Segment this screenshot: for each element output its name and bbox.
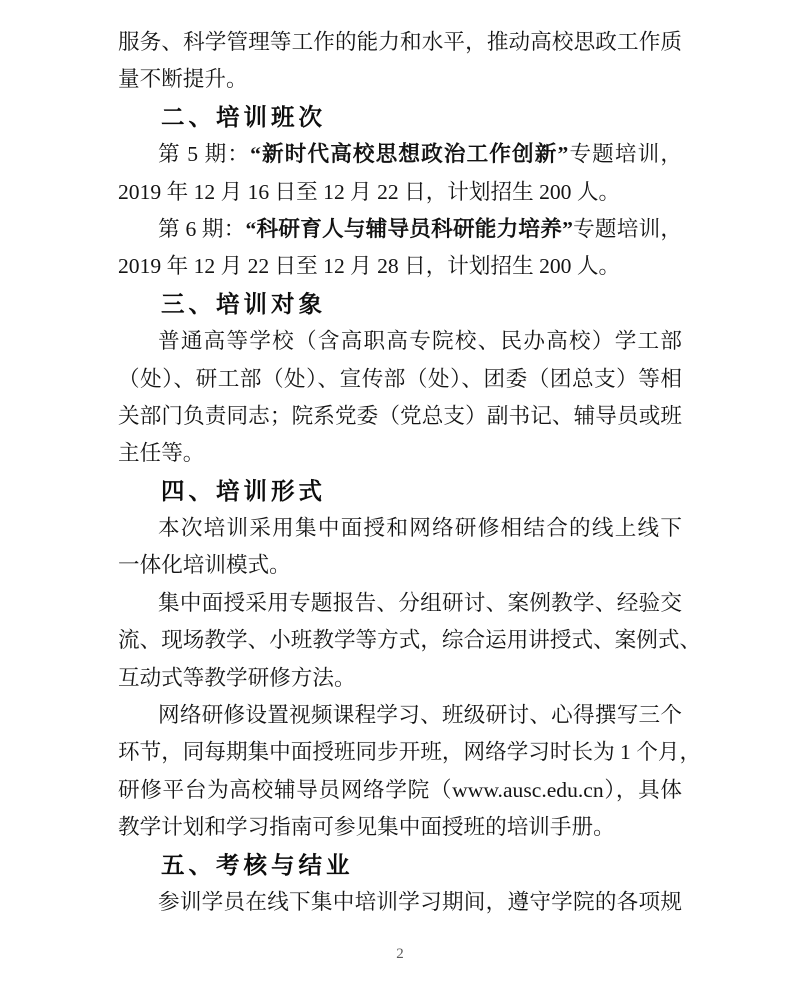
document-body: 服务、科学管理等工作的能力和水平，推动高校思政工作质量不断提升。二、培训班次第 … — [118, 24, 682, 921]
text-run: 量不断提升。 — [118, 67, 248, 91]
text-run: 第 6 期： — [158, 217, 246, 241]
para-online-study-line-1: 网络研修设置视频课程学习、班级研讨、心得撰写三个 — [118, 697, 682, 734]
text-run: 关部门负责同志；院系党委（党总支）副书记、辅导员或班 — [118, 404, 682, 428]
para-audience-line-4: 主任等。 — [118, 435, 682, 472]
text-run: 2019 年 12 月 22 日至 12 月 28 日，计划招生 200 人。 — [118, 254, 620, 278]
page-number: 2 — [0, 944, 800, 964]
text-run: 互动式等教学研修方法。 — [118, 666, 356, 690]
text-run: 专题培训， — [568, 142, 682, 166]
para-session-6-line-1: 第 6 期：“科研育人与辅导员科研能力培养”专题培训， — [118, 211, 682, 248]
heading-section-4: 四、培训形式 — [118, 473, 682, 510]
text-run: 四、培训形式 — [161, 478, 326, 504]
text-run: 专题培训， — [573, 217, 682, 241]
text-run: 流、现场教学、小班教学等方式，综合运用讲授式、案例式、 — [118, 628, 701, 652]
para-intro-continuation-line-1: 服务、科学管理等工作的能力和水平，推动高校思政工作质 — [118, 24, 682, 61]
heading-section-5: 五、考核与结业 — [118, 847, 682, 884]
text-run: 集中面授采用专题报告、分组研讨、案例教学、经验交 — [158, 591, 682, 615]
text-run: （处）、研工部（处）、宣传部（处）、团委（团总支）等相 — [118, 367, 682, 391]
text-run: 一体化培训模式。 — [118, 553, 291, 577]
para-assessment-line-1: 参训学员在线下集中培训学习期间，遵守学院的各项规 — [118, 884, 682, 921]
para-audience-line-2: （处）、研工部（处）、宣传部（处）、团委（团总支）等相 — [118, 361, 682, 398]
text-run: 主任等。 — [118, 441, 204, 465]
para-intro-continuation-line-2: 量不断提升。 — [118, 61, 682, 98]
document-page: 服务、科学管理等工作的能力和水平，推动高校思政工作质量不断提升。二、培训班次第 … — [0, 0, 800, 983]
bold-text-run: “新时代高校思想政治工作创新” — [250, 142, 568, 166]
text-run: 三、培训对象 — [161, 291, 326, 317]
para-face-to-face-line-1: 集中面授采用专题报告、分组研讨、案例教学、经验交 — [118, 585, 682, 622]
text-run: 本次培训采用集中面授和网络研修相结合的线上线下 — [158, 516, 682, 540]
para-online-study-line-2: 环节，同每期集中面授班同步开班，网络学习时长为 1 个月， — [118, 734, 682, 771]
text-run: 2019 年 12 月 16 日至 12 月 22 日，计划招生 200 人。 — [118, 180, 620, 204]
para-session-6-line-2: 2019 年 12 月 22 日至 12 月 28 日，计划招生 200 人。 — [118, 248, 682, 285]
para-online-study-line-3: 研修平台为高校辅导员网络学院（www.ausc.edu.cn），具体 — [118, 772, 682, 809]
para-session-5-line-1: 第 5 期：“新时代高校思想政治工作创新”专题培训， — [118, 136, 682, 173]
text-run: 服务、科学管理等工作的能力和水平，推动高校思政工作质 — [118, 30, 682, 54]
para-audience-line-1: 普通高等学校（含高职高专院校、民办高校）学工部 — [118, 323, 682, 360]
bold-text-run: “科研育人与辅导员科研能力培养” — [246, 217, 573, 241]
heading-section-3: 三、培训对象 — [118, 286, 682, 323]
para-online-study-line-4: 教学计划和学习指南可参见集中面授班的培训手册。 — [118, 809, 682, 846]
text-run: 普通高等学校（含高职高专院校、民办高校）学工部 — [158, 329, 682, 353]
text-run: 五、考核与结业 — [161, 852, 354, 878]
para-session-5-line-2: 2019 年 12 月 16 日至 12 月 22 日，计划招生 200 人。 — [118, 174, 682, 211]
text-run: 二、培训班次 — [161, 104, 326, 130]
text-run: 研修平台为高校辅导员网络学院（www.ausc.edu.cn），具体 — [118, 778, 682, 802]
para-face-to-face-line-3: 互动式等教学研修方法。 — [118, 660, 682, 697]
para-format-overview-line-1: 本次培训采用集中面授和网络研修相结合的线上线下 — [118, 510, 682, 547]
text-run: 网络研修设置视频课程学习、班级研讨、心得撰写三个 — [158, 703, 682, 727]
text-run: 环节，同每期集中面授班同步开班，网络学习时长为 1 个月， — [118, 740, 701, 764]
para-audience-line-3: 关部门负责同志；院系党委（党总支）副书记、辅导员或班 — [118, 398, 682, 435]
para-format-overview-line-2: 一体化培训模式。 — [118, 547, 682, 584]
text-run: 第 5 期： — [158, 142, 250, 166]
heading-section-2: 二、培训班次 — [118, 99, 682, 136]
text-run: 参训学员在线下集中培训学习期间，遵守学院的各项规 — [158, 890, 682, 914]
para-face-to-face-line-2: 流、现场教学、小班教学等方式，综合运用讲授式、案例式、 — [118, 622, 682, 659]
text-run: 教学计划和学习指南可参见集中面授班的培训手册。 — [118, 815, 615, 839]
